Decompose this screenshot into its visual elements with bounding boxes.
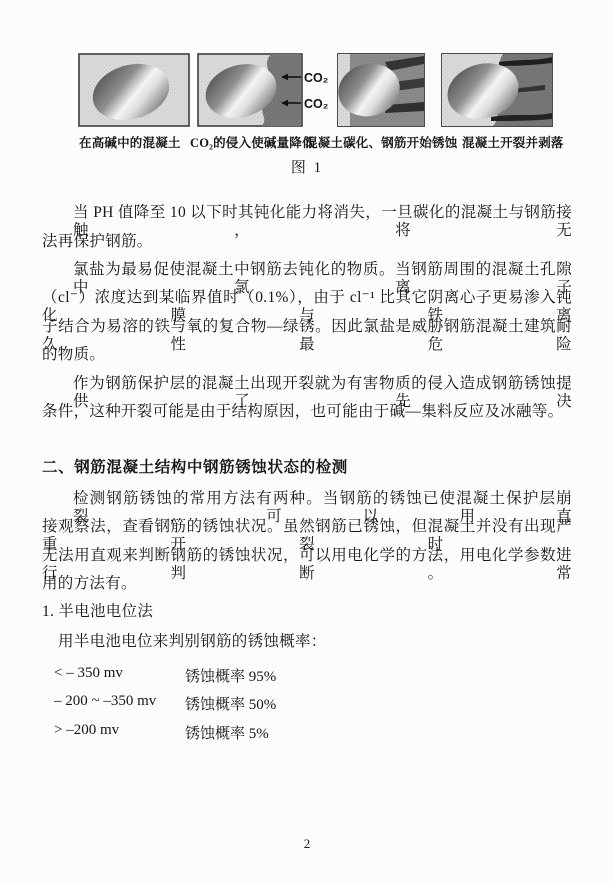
potential-range: – 200 ~ –350 mv	[54, 693, 156, 710]
paragraph-line: 条件，这种开裂可能是由于结构原因，也可能由于碱—集料反应及冰融等。	[42, 403, 563, 421]
paragraph-line: 用半电池电位来判别钢筋的锈蚀概率：	[58, 633, 327, 651]
section-heading: 二、钢筋混凝土结构中钢筋锈蚀状态的检测	[42, 459, 348, 477]
panel-caption: CO₂的侵入使碱量降低	[190, 133, 315, 151]
co2-label: CO₂	[304, 71, 328, 85]
paragraph-line: 的物质。	[42, 346, 105, 364]
scanned-page: CO₂ CO₂ 在高碱中的混凝土 CO₂的侵入使碱量降低 混凝土碳化、钢筋开始锈…	[0, 0, 614, 882]
paragraph-line: 用的方法有。	[42, 575, 137, 593]
co2-label: CO₂	[304, 97, 328, 111]
potential-row: – 200 ~ –350 mv 锈蚀概率 50%	[0, 693, 614, 711]
figure-panel-high-alkalinity	[78, 53, 190, 127]
figure-label: 图 1	[0, 156, 614, 177]
list-item-heading: 1. 半电池电位法	[42, 603, 153, 621]
paragraph-line: 法再保护钢筋。	[42, 233, 153, 251]
potential-probability: 锈蚀概率 95%	[185, 665, 276, 686]
potential-probability: 锈蚀概率 50%	[185, 693, 276, 714]
figure-panel-co2-ingress: CO₂ CO₂	[197, 53, 337, 127]
panel-caption: 混凝土碳化、钢筋开始锈蚀	[305, 133, 457, 151]
paragraph-line: 子结合为易溶的铁与氧的复合物—绿锈。因此氯盐是威胁钢筋混凝土建筑耐久性最危险	[42, 318, 572, 354]
potential-row: < – 350 mv 锈蚀概率 95%	[0, 665, 614, 683]
potential-row: > –200 mv 锈蚀概率 5%	[0, 722, 614, 740]
potential-probability: 锈蚀概率 5%	[185, 722, 269, 743]
potential-range: < – 350 mv	[54, 665, 123, 682]
panel-caption: 在高碱中的混凝土	[79, 133, 181, 151]
figure-panel-cracking-spalling	[441, 53, 553, 127]
potential-range: > –200 mv	[54, 722, 119, 739]
figure-panel-carbonation-corrosion	[337, 53, 425, 127]
page-number: 2	[0, 836, 614, 852]
panel-caption: 混凝土开裂并剥落	[462, 133, 564, 151]
